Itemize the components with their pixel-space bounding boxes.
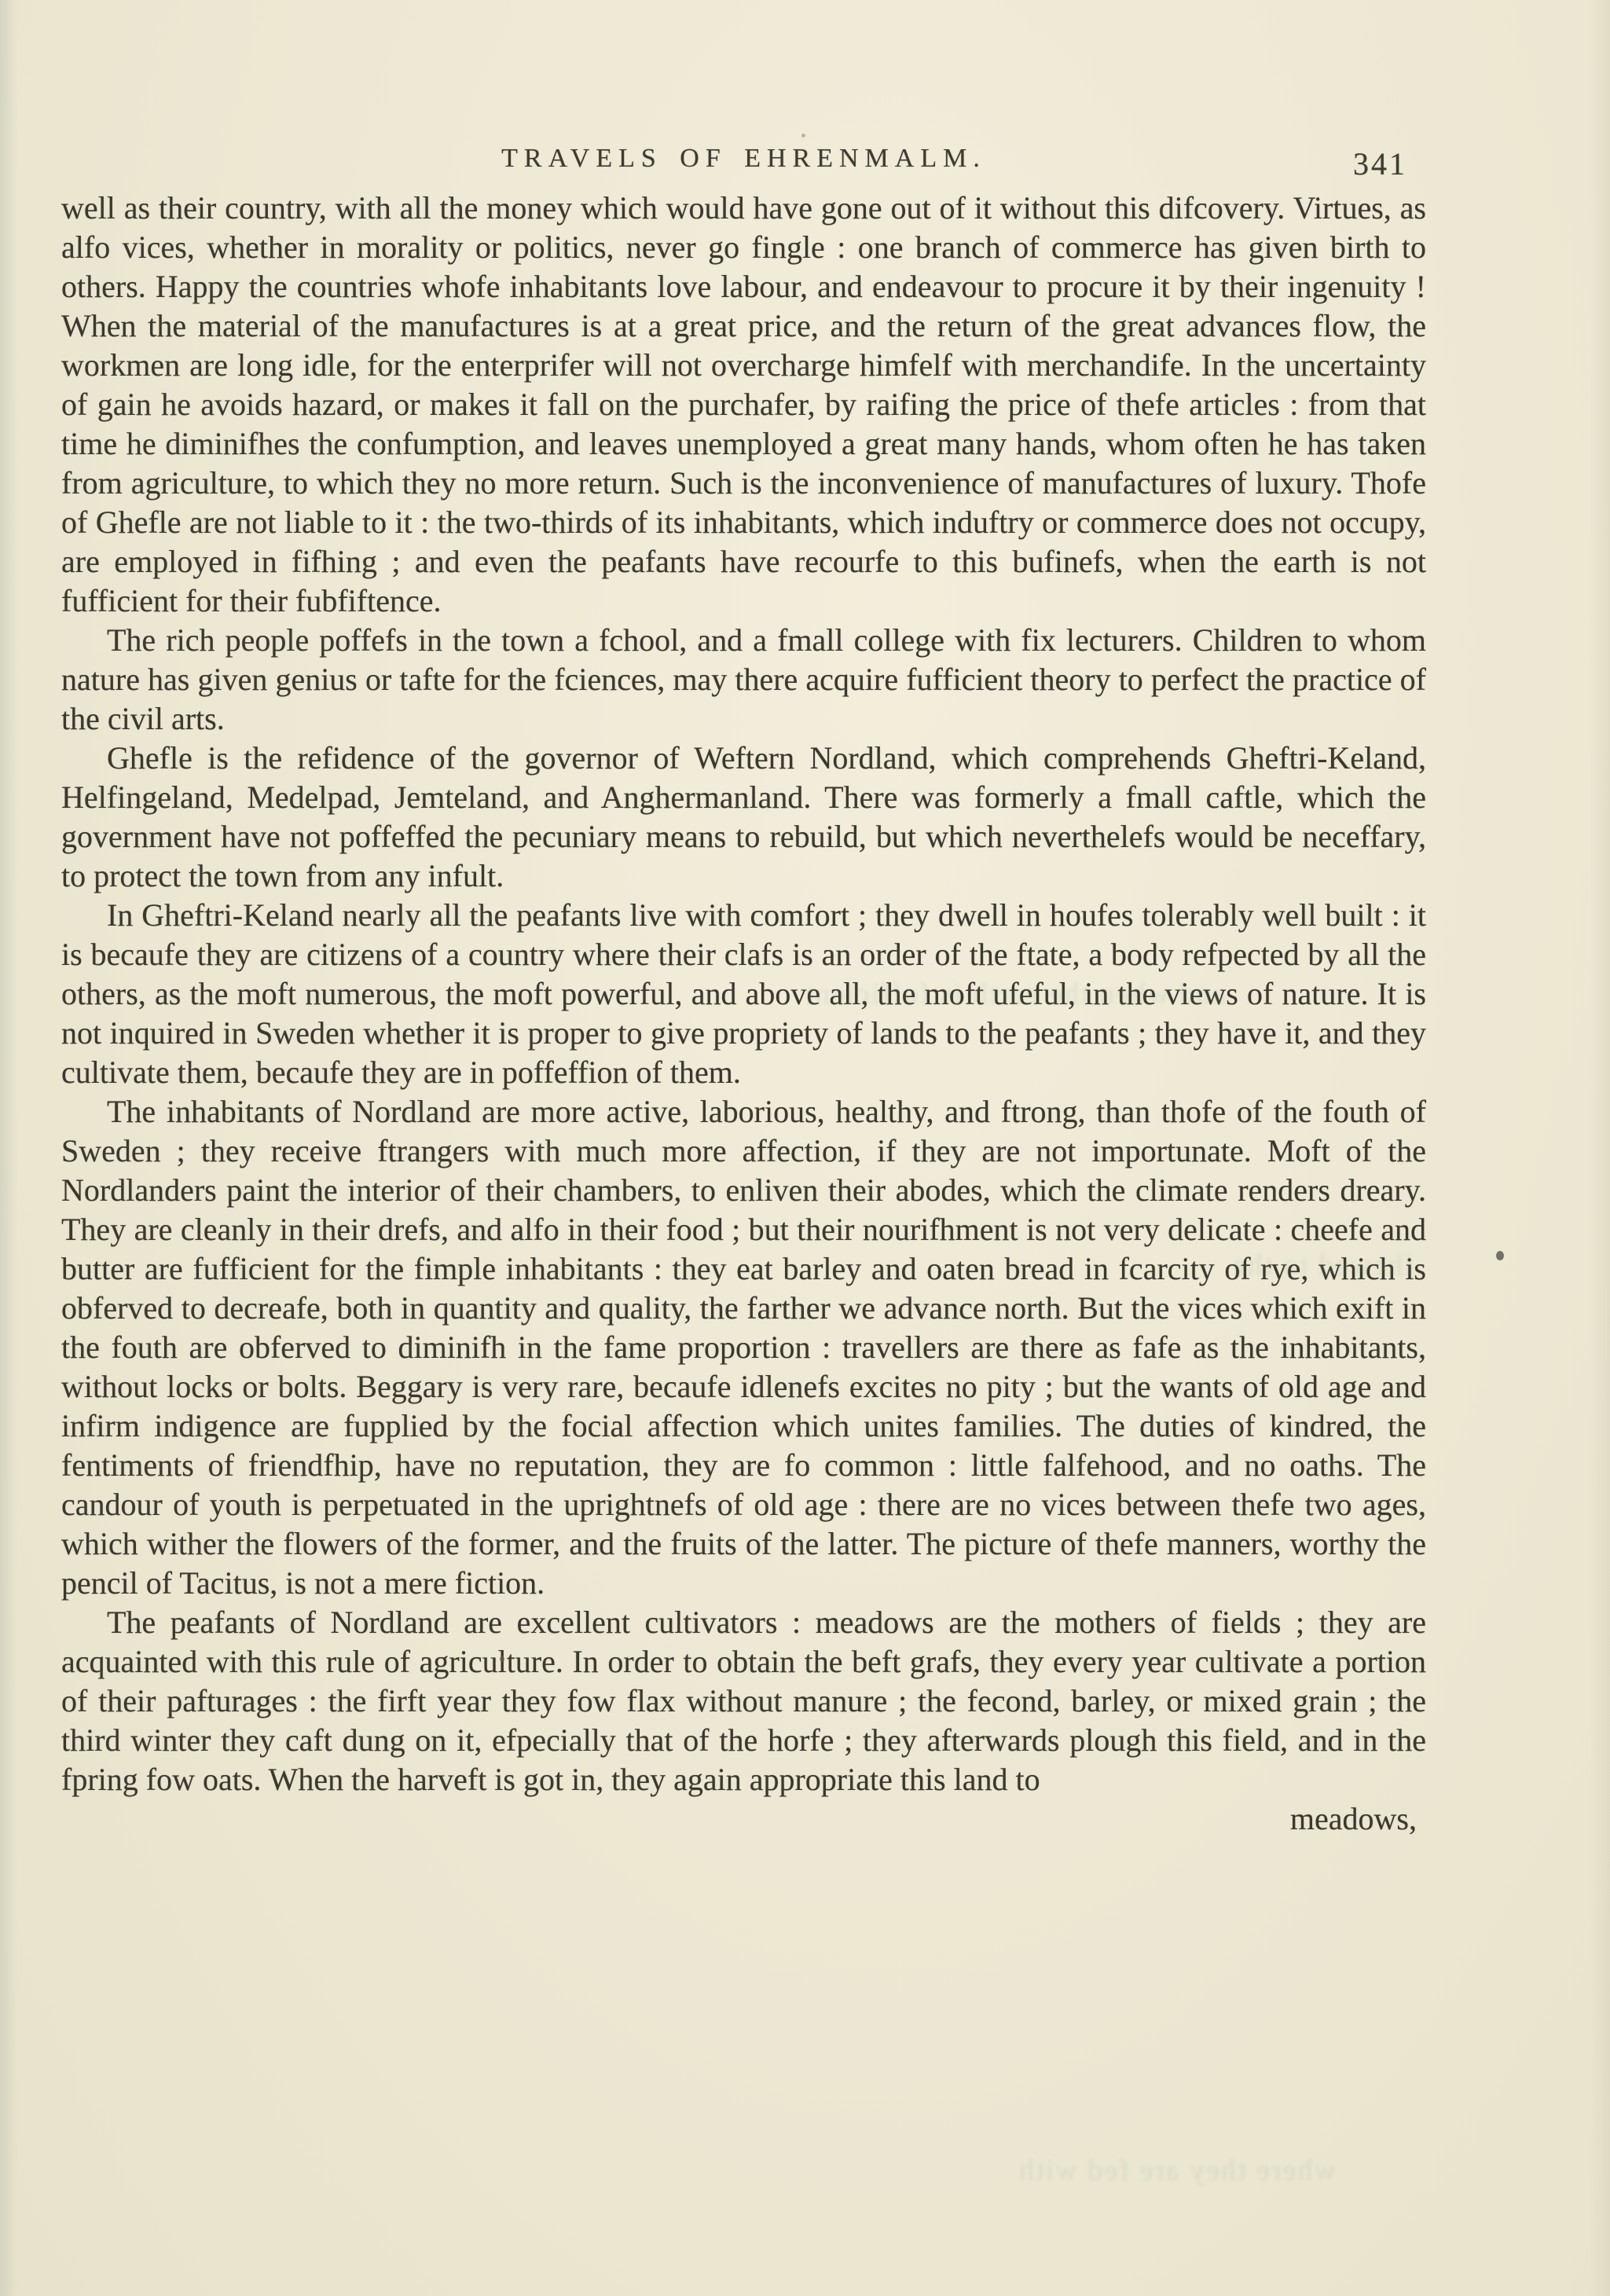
catchword: meadows,	[61, 1799, 1426, 1839]
running-head: TRAVELS OF EHRENMALM. 341	[61, 144, 1426, 180]
paragraph: In Gheftri-Keland nearly all the peafant…	[61, 896, 1426, 1092]
paragraph: The inhabitants of Nordland are more act…	[61, 1092, 1426, 1603]
ink-speck	[801, 134, 805, 138]
page-number: 341	[1353, 145, 1407, 182]
book-page: TRAVELS OF EHRENMALM. 341 well as their …	[0, 0, 1610, 2296]
text-block: well as their country, with all the mone…	[61, 189, 1426, 1839]
bleed-through-ghost-text: where they are fed with	[707, 2153, 1336, 2188]
running-head-title: TRAVELS OF EHRENMALM.	[61, 144, 1426, 174]
paragraph: The rich people poffefs in the town a fc…	[61, 621, 1426, 739]
ink-speck	[1496, 1251, 1504, 1260]
paragraph: The peafants of Nordland are excellent c…	[61, 1603, 1426, 1799]
paragraph: Ghefle is the refidence of the governor …	[61, 739, 1426, 896]
paragraph: well as their country, with all the mone…	[61, 189, 1426, 621]
